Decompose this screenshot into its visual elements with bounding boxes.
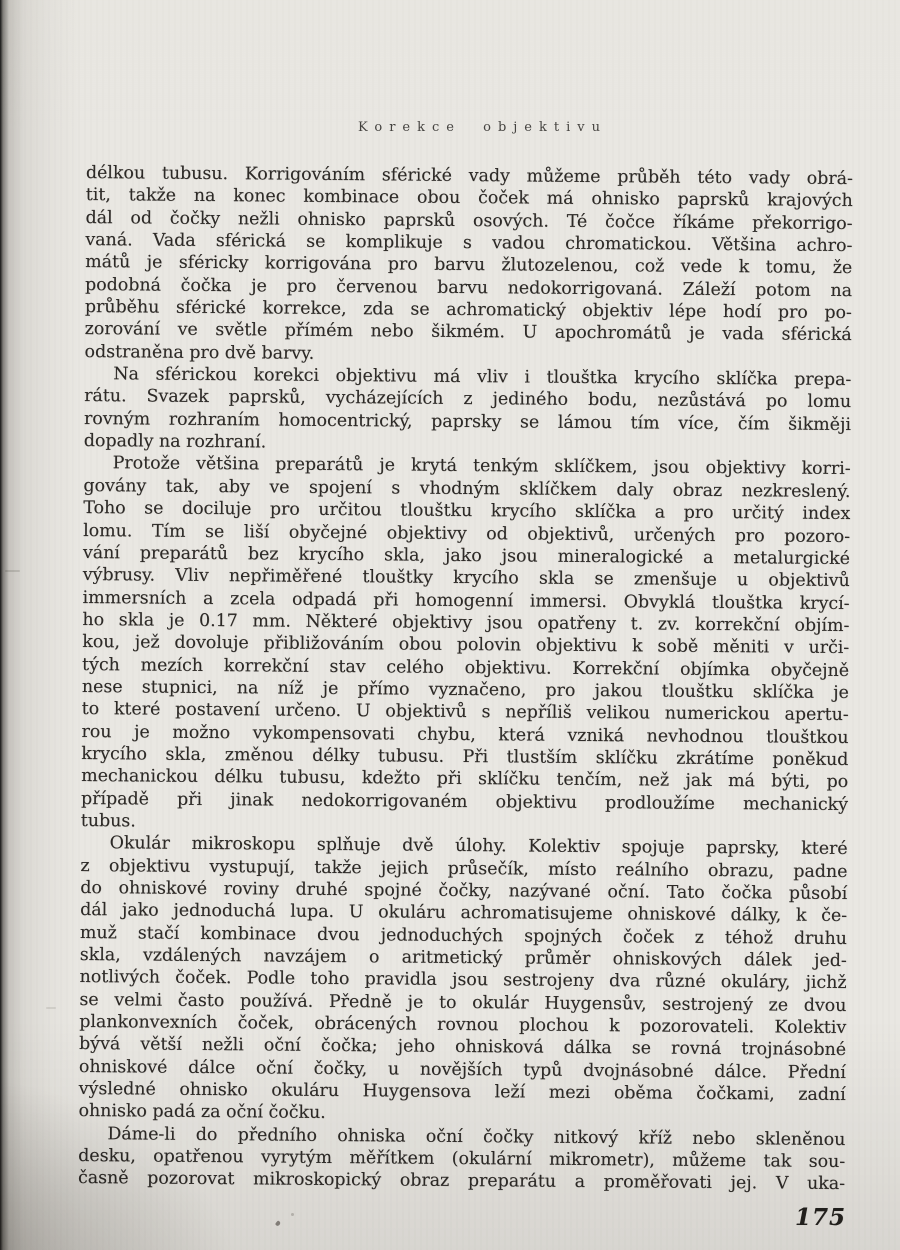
text-line: časně pozorovat mikroskopický obraz prep… xyxy=(78,1167,845,1195)
paragraph: Na sférickou korekci objektivu má vliv i… xyxy=(84,363,852,458)
text-block: délkou tubusu. Korrigováním sférické vad… xyxy=(78,162,853,1196)
paragraph: Protože většina preparátů je krytá tenký… xyxy=(81,452,851,838)
scan-artifact xyxy=(46,1007,56,1009)
scanned-book-page: Korekce objektivu délkou tubusu. Korrigo… xyxy=(0,0,900,1250)
page-number: 175 xyxy=(795,1204,846,1231)
paragraph: Dáme-li do předního ohniska oční čočky n… xyxy=(78,1123,846,1196)
paragraph: délkou tubusu. Korrigováním sférické vad… xyxy=(84,162,853,369)
running-head: Korekce objektivu xyxy=(99,120,866,135)
ink-speck xyxy=(275,1220,281,1226)
ink-speck xyxy=(291,1213,294,1216)
paragraph: Okulár mikroskopu splňuje dvě úlohy. Kol… xyxy=(78,832,847,1128)
scan-artifact xyxy=(5,570,20,572)
